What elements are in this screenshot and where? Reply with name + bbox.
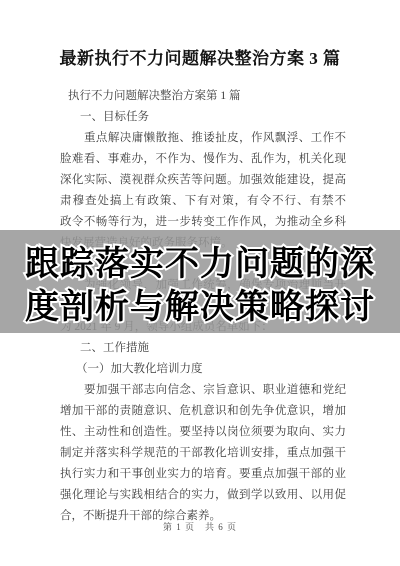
doc-line: 制定并落实科学规范的干部教化培训安排，重点加强干部履职实力、: [60, 443, 346, 464]
doc-line: 执行实力和干事创业实力的培育。要重点加强干部的业务技能培训，: [60, 464, 346, 485]
doc-line: 性、主动性和创造性。要坚持以岗位须要为取向、实力开发为重点，: [60, 422, 346, 443]
doc-line-section-2: 二、工作措施: [60, 338, 346, 359]
doc-line: 重点解决庸懒散拖、推诿扯皮，作风飘浮、工作不实，门难进、: [60, 128, 346, 149]
doc-line: 增加干部的责随意识、危机意识和创先争优意识，增加工作的主动: [60, 401, 346, 422]
doc-line: 深化实际、漠视群众疾苦等问题。加强效能建设，提高执行实力。: [60, 170, 346, 191]
overlay-headline-line1: 跟踪落实不力问题的深: [0, 243, 400, 286]
doc-line: 强化理论与实践相结合的实力，做到学以致用、以用促学、学用结: [60, 485, 346, 506]
doc-line-section-1: 一、目标任务: [60, 107, 346, 128]
document-title: 最新执行不力问题解决整治方案 3 篇: [0, 44, 400, 69]
overlay-headline: 跟踪落实不力问题的深 度剖析与解决策略探讨: [0, 243, 400, 329]
doc-line: 肃穆查处搞上有政策、下有对策，有令不行、有禁不止，阳奉阴违、: [60, 191, 346, 212]
page-footer: 第 1 页 共 6 页: [0, 520, 400, 533]
doc-line: 脸难看、事难办，不作为、慢作为、乱作为，机关化现象严峻、不: [60, 149, 346, 170]
document-viewer: 最新执行不力问题解决整治方案 3 篇 执行不力问题解决整治方案第 1 篇 一、目…: [0, 0, 400, 566]
doc-line-chapter-title: 执行不力问题解决整治方案第 1 篇: [60, 86, 346, 107]
doc-line: 要加强干部志向信念、宗旨意识、职业道德和党纪政纪教化，: [60, 380, 346, 401]
doc-line-subsection: （一）加大教化培训力度: [60, 359, 346, 380]
overlay-headline-line2: 度剖析与解决策略探讨: [0, 286, 400, 329]
